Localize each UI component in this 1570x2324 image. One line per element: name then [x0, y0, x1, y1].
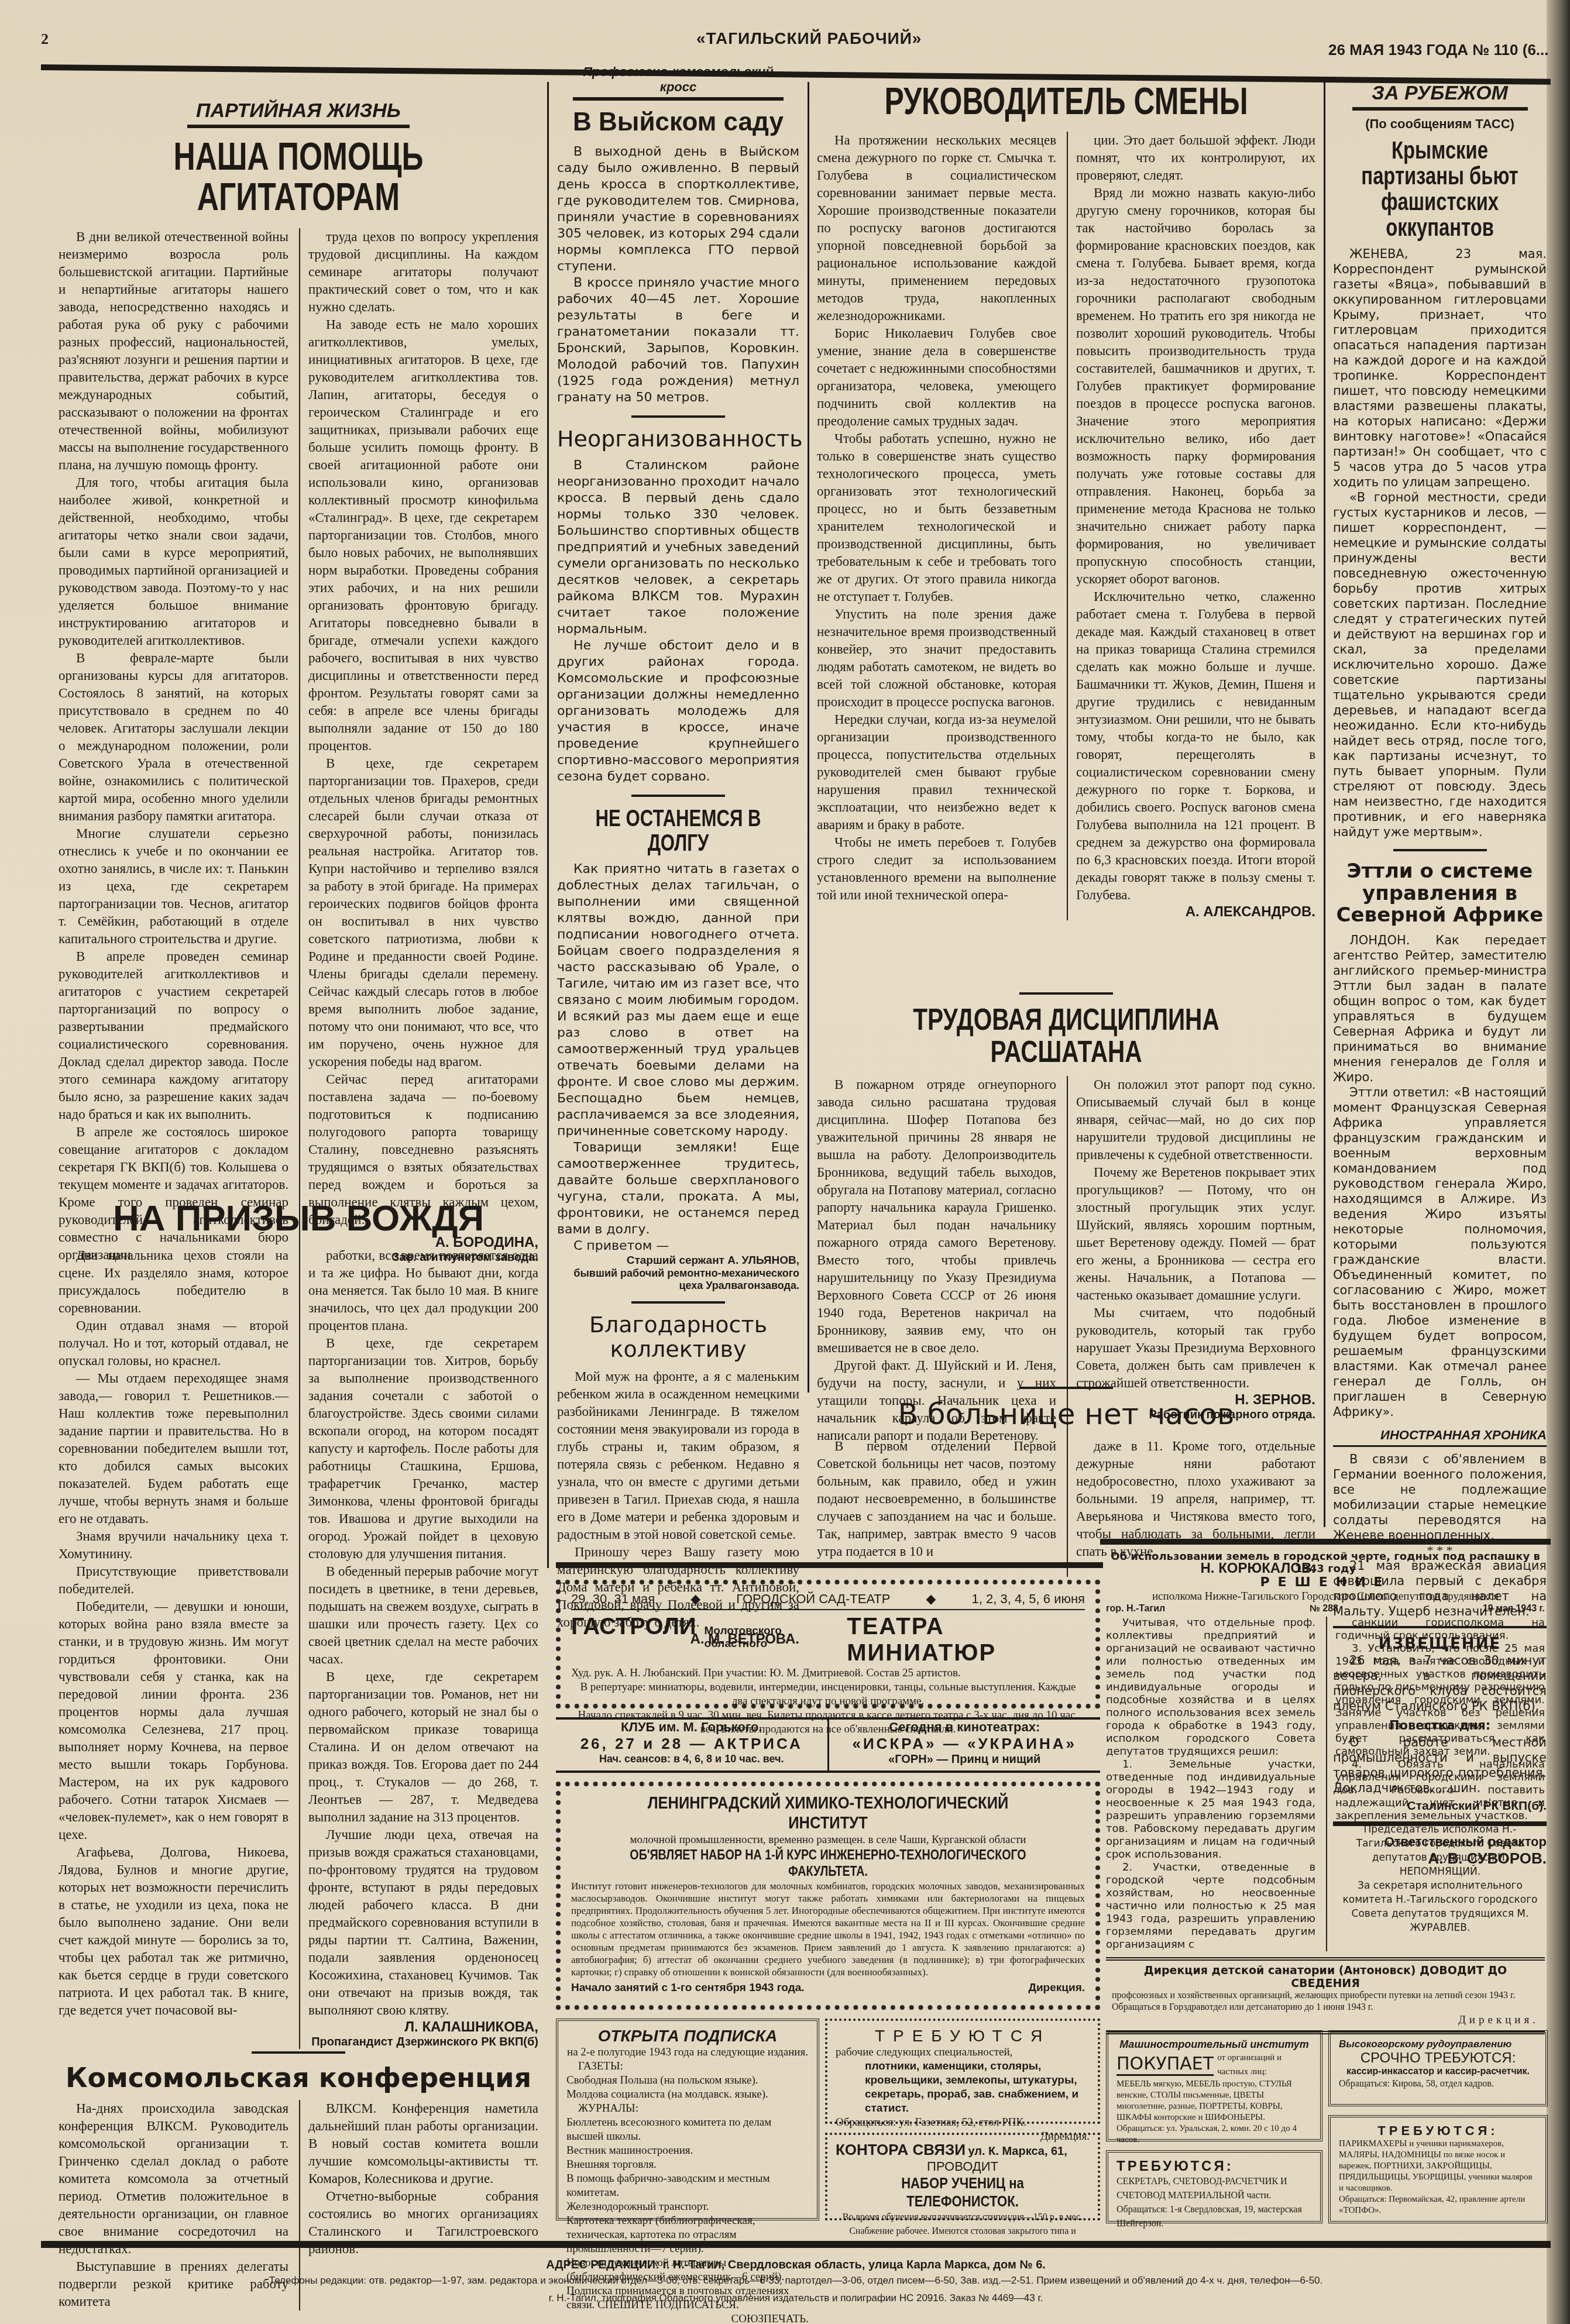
paragraph: Почему же Веретенов покрывает этих прогу…	[1076, 1164, 1315, 1304]
rubric-cross: Профсоюзно-комсомольский кросс	[573, 64, 784, 101]
ad-theatre: 29, 30, 31 мая ◆ ГОРОДСКОЙ САД-ТЕАТР ◆ 1…	[556, 1580, 1100, 1708]
ad-sessions: Нач. сеансов: в 4, 6, 8 и 10 час. веч.	[556, 1753, 827, 1765]
ad-subtitle: Молотовского областного	[704, 1625, 839, 1651]
ad-list-item: Молдова социалиста (на молдавск. языке).	[566, 2088, 809, 2102]
paragraph: Не лучше обстоит дело и в других районах…	[557, 638, 799, 785]
author-signature: Старший сержант А. УЛЬЯНОВ,	[557, 1254, 799, 1267]
ad-org: КОНТОРА СВЯЗИ	[836, 2141, 966, 2158]
decision-topic: Об использовании земель в городской черт…	[1106, 1551, 1545, 1575]
paragraph: Знамя вручили начальнику цеха т. Хомутин…	[59, 1528, 288, 1563]
ads-top-rule	[1100, 1539, 1551, 1545]
paragraph: В цехе, где секретарем парторганизации т…	[308, 1668, 538, 1826]
diamond-icon: ◆	[690, 1591, 700, 1607]
article-hospital-clocks: В больнице нет часов В первом отделении …	[817, 1387, 1315, 1577]
ad-title: ТЕАТРА МИНИАТЮР	[847, 1614, 1085, 1666]
ad-org: Машиностроительный институт	[1116, 2038, 1312, 2051]
paragraph: В выходной день в Выйском саду было ожив…	[557, 144, 799, 275]
ad-wanted-workers: ТРЕБУЮТСЯ рабочие следующих специальност…	[825, 2019, 1100, 2124]
ad-headline: СРОЧНО ТРЕБУЮТСЯ:	[1339, 2050, 1537, 2067]
article-title: Комсомольская конференция	[59, 2063, 538, 2093]
paragraph: работки, все время повторяется одна и та…	[308, 1247, 538, 1335]
paragraph: В пожарном отряде огнеупорного завода си…	[817, 1076, 1056, 1357]
ad-address: ул. К. Маркса, 61,	[968, 2145, 1067, 2158]
ad-address: Обращаться: Первомайская, 42, правление …	[1339, 2194, 1537, 2216]
ad-title: Дирекция детской санатории (Антоновск) Д…	[1112, 1964, 1539, 1990]
ad-institute-buys: Машиностроительный институт ПОКУПАЕТ от …	[1106, 2030, 1322, 2141]
ad-telephone-school: КОНТОРА СВЯЗИ ул. К. Маркса, 61, ПРОВОДИ…	[825, 2133, 1100, 2220]
article-body: В дни великой отечественной войны неизме…	[59, 228, 538, 1264]
ad-list-item: В помощь фабрично-заводским и местным ко…	[566, 2172, 809, 2200]
paragraph: Нередки случаи, когда из-за неумелой орг…	[817, 711, 1056, 834]
separator	[631, 1301, 725, 1304]
ad-address: Обращаться: ул. Газетная, 52, стол РПК.	[836, 2116, 1090, 2130]
ad-subscription: ОТКРЫТА ПОДПИСКА на 2-е полугодие 1943 г…	[556, 2019, 819, 2220]
rubric-abroad: ЗА РУБЕЖОМ	[1352, 82, 1528, 111]
ad-start-date: Начало занятий с 1-го сентября 1943 года…	[571, 1982, 805, 1995]
issue-date: 26 МАЯ 1943 ГОДА № 110 (6...	[1328, 41, 1549, 59]
article-title: Крымские партизаны бьют фашистских оккуп…	[1356, 137, 1523, 240]
paragraph: В цехе, где секретарем парторганизации т…	[308, 755, 538, 1071]
paragraph: Исключительно четко, слаженно работает с…	[1076, 588, 1315, 904]
ad-list-item: Внешняя торговля.	[566, 2158, 809, 2172]
article-title: В Выйском саду	[557, 109, 799, 136]
ad-list-item: Свободная Польша (на польском языке).	[566, 2074, 809, 2088]
ad-title: ТРЕБУЮТСЯ	[836, 2027, 1090, 2045]
section-cross-country: Профсоюзно-комсомольский кросс В Выйском…	[557, 64, 799, 1648]
ad-film: «ГОРН» — Принц и нищий	[829, 1753, 1101, 1766]
paragraph: Чтобы не иметь перебоев т. Голубев строг…	[817, 834, 1056, 904]
paragraph: Вряд ли можно назвать какую-либо другую …	[1076, 184, 1315, 588]
paragraph: Многие слушатели серьезно отнеслись к уч…	[59, 825, 288, 948]
ad-line: Худ. рук. А. Н. Любанский. При участии: …	[571, 1666, 1085, 1680]
paragraph: На заводе есть не мало хороших агитколле…	[308, 316, 538, 755]
decision-chairman: Председатель исполкома Н.-Тагильского го…	[1335, 1823, 1545, 1879]
paragraph: ВЛКСМ. Конференция наметила дальнейший п…	[308, 2100, 538, 2188]
paragraph: Мой муж на фронте, а я с маленьким ребен…	[557, 1368, 799, 1543]
ad-title: ГАСТРОЛИ	[571, 1614, 696, 1640]
article-title: Неорганизованность	[557, 427, 799, 452]
ad-mining-wanted: Высокогорскому рудоуправлению СРОЧНО ТРЕ…	[1328, 2030, 1548, 2106]
newspaper-name: «ТАГИЛЬСКИЙ РАБОЧИЙ»	[696, 29, 922, 48]
ad-cinemas: Сегодня в кинотеатрах: «ИСКРА» — «УКРАИН…	[829, 1720, 1101, 1770]
ad-title: Сегодня в кинотеатрах:	[829, 1720, 1101, 1735]
ad-title: ЛЕНИНГРАДСКИЙ ХИМИКО-ТЕХНОЛОГИЧЕСКИЙ ИНС…	[610, 1793, 1046, 1833]
separator	[1019, 992, 1113, 995]
author-signature: А. АЛЕКСАНДРОВ.	[1076, 904, 1315, 920]
ad-film: 26, 27 и 28 — АКТРИСА	[556, 1735, 827, 1753]
article-labor-discipline: ТРУДОВАЯ ДИСЦИПЛИНА РАСШАТАНА В пожарном…	[817, 983, 1315, 1445]
ad-address: Обращаться: ул. Уральская, 2, комн. 20 с…	[1116, 2123, 1312, 2146]
ad-venue: ГОРОДСКОЙ САД-ТЕАТР	[736, 1591, 890, 1607]
paragraph: труда цехов по вопросу укрепления трудов…	[308, 228, 538, 316]
ad-title: ТРЕБУЮТСЯ:	[1339, 2123, 1537, 2139]
ad-cinema-row: КЛУБ им. М. Горького. 26, 27 и 28 — АКТР…	[556, 1717, 1100, 1773]
binding-edge	[1547, 0, 1570, 2324]
ad-line: В репертуаре: миниатюры, водевили, интер…	[571, 1680, 1085, 1708]
article-title: Эттли о системе управления в Северной Аф…	[1333, 861, 1547, 926]
ad-signed: Дирекция.	[1028, 1982, 1085, 1995]
ad-subtitle: молочной промышленности, временно размещ…	[571, 1833, 1085, 1847]
paragraph: — Мы отдаем переходящее знамя завода,— г…	[59, 1370, 288, 1528]
ad-title: КЛУБ им. М. Горького.	[556, 1720, 827, 1735]
ad-from: от организаций и частных лиц:	[1217, 2051, 1312, 2079]
article-title: НАША ПОМОЩЬ АГИТАТОРАМ	[111, 136, 486, 218]
paragraph: В обеденный перерыв рабочие могут посиде…	[308, 1563, 538, 1668]
separator	[631, 415, 725, 418]
editorial-address: АДРЕС РЕДАКЦИИ: г. Н.-Тагил, Свердловска…	[41, 2258, 1551, 2272]
paragraph: Он положил этот рапорт под сукно. Описыв…	[1076, 1076, 1315, 1164]
ad-list: ПАРИКМАХЕРЫ и ученики парикмахеров, МАЛЯ…	[1339, 2139, 1537, 2194]
paragraph: Товарищи земляки! Еще самоотверженнее тр…	[557, 1140, 799, 1238]
paragraph: 2. Участки, отведенные в городской черте…	[1106, 1861, 1315, 1951]
article-title: В больнице нет часов	[817, 1398, 1315, 1431]
ad-dates: 29, 30, 31 мая	[571, 1591, 655, 1607]
author-role: бывший рабочий ремонтно-механического це…	[557, 1267, 799, 1292]
ad-list-item: Вестник машиностроения.	[566, 2144, 809, 2158]
article-shift-leader: РУКОВОДИТЕЛЬ СМЕНЫ На протяжении несколь…	[817, 82, 1315, 920]
decision-title: РЕШЕНИЕ	[1106, 1575, 1545, 1590]
ad-headline: НАБОР УЧЕНИЦ на ТЕЛЕФОНИСТОК.	[855, 2174, 1071, 2210]
ad-list: плотники, каменщики, столяры, кровельщик…	[836, 2060, 1090, 2116]
article-title: РУКОВОДИТЕЛЬ СМЕНЫ	[872, 82, 1261, 121]
paragraph: 1. Земельные участки, отведенные под инд…	[1106, 1758, 1315, 1861]
article-title: ТРУДОВАЯ ДИСЦИПЛИНА РАСШАТАНА	[872, 1004, 1261, 1068]
paragraph: Борис Николаевич Голубев свое умение, зн…	[817, 325, 1056, 430]
paragraph: В цехе, где секретарем парторганизации т…	[308, 1335, 538, 1563]
ad-verb: ПОКУПАЕТ	[1116, 2054, 1214, 2076]
editorial-phones: Телефоны редакции: отв. редактор—1-97, з…	[41, 2275, 1551, 2287]
article-title: НЕ ОСТАНЕМСЯ В ДОЛГУ	[584, 806, 773, 855]
decision-secretary: За секретаря исполнительного комитета Н.…	[1335, 1879, 1545, 1935]
ad-film: «ИСКРА» — «УКРАИНА»	[829, 1735, 1101, 1753]
paragraph: Мы считаем, что подобный руководитель, к…	[1076, 1304, 1315, 1392]
separator	[1019, 1387, 1113, 1389]
paragraph: Лучшие люди цеха, отвечая на призыв вожд…	[308, 1826, 538, 2019]
paragraph: ции. Это дает большой эффект. Люди помня…	[1076, 132, 1315, 184]
paragraph: Присутствующие приветствовали победителе…	[59, 1563, 288, 1598]
separator	[631, 795, 725, 797]
paragraph: В первом отделении Первой Советской боль…	[817, 1438, 1056, 1560]
paragraph: В Сталинском районе неорганизованно прох…	[557, 458, 799, 638]
ad-wanted-artisans: ТРЕБУЮТСЯ: ПАРИКМАХЕРЫ и ученики парикма…	[1328, 2115, 1548, 2223]
section-party-life: ПАРТИЙНАЯ ЖИЗНЬ НАША ПОМОЩЬ АГИТАТОРАМ В…	[59, 99, 538, 1264]
ad-list-item: Картотека техкарт (библиографическая, те…	[566, 2214, 809, 2256]
paragraph: Эттли ответил: «В настоящий момент Франц…	[1333, 1085, 1547, 1419]
decision-number: № 288	[1310, 1604, 1338, 1614]
paragraph: В связи с об'явлением в Германии военног…	[1333, 1452, 1547, 1543]
decision-issuer: исполкома Нижне-Тагильского Городского С…	[1106, 1590, 1545, 1604]
paragraph: С приветом —	[557, 1238, 799, 1254]
ad-title: ОТКРЫТА ПОДПИСКА	[566, 2027, 809, 2045]
ad-sanatorium: Дирекция детской санатории (Антоновск) Д…	[1106, 1957, 1545, 2034]
ad-institute: ЛЕНИНГРАДСКИЙ ХИМИКО-ТЕХНОЛОГИЧЕСКИЙ ИНС…	[556, 1782, 1100, 2010]
paragraph: В дни великой отечественной войны неизме…	[59, 228, 288, 474]
paragraph: На протяжении нескольких месяцев смена д…	[817, 132, 1056, 325]
page-number: 2	[41, 30, 49, 48]
ads-top-rule	[556, 1562, 1103, 1568]
ad-club: КЛУБ им. М. Горького. 26, 27 и 28 — АКТР…	[556, 1720, 829, 1770]
ad-address: Обращаться: 1-я Свердловская, 19, мастер…	[1116, 2203, 1312, 2231]
rubric-foreign-chronicle: ИНОСТРАННАЯ ХРОНИКА	[1333, 1428, 1547, 1447]
ad-signed: СОЮЗПЕЧАТЬ.	[566, 2312, 809, 2324]
printer-info: г. Н.-Тагил, типография Областного управ…	[41, 2292, 1551, 2304]
column-divider	[547, 82, 549, 1568]
ad-wanted-clerks: ТРЕБУЮТСЯ: СЕКРЕТАРЬ, СЧЕТОВОД-РАСЧЕТЧИК…	[1106, 2150, 1322, 2223]
ad-body: профсоюзных и хозяйственных организаций,…	[1112, 1990, 1539, 2013]
article-title: Благодарность коллективу	[557, 1313, 799, 1362]
paragraph: ЛОНДОН. Как передает агентство Рейтер, з…	[1333, 933, 1547, 1085]
paragraph: На-днях происходила заводская конференци…	[59, 2100, 288, 2258]
paragraph: санкции горисполкома на годичный срок ис…	[1335, 1617, 1545, 1642]
ad-address: Обращаться: Кирова, 58, отдел кадров.	[1339, 2077, 1537, 2091]
ad-label: ЖУРНАЛЫ:	[566, 2102, 809, 2116]
decision-place: гор. Н.-Тагил	[1106, 1604, 1165, 1614]
ad-signed: Дирекция.	[1112, 2013, 1539, 2027]
footer-rule	[41, 2241, 1551, 2248]
ad-land-decision: Об использовании земель в городской черт…	[1106, 1551, 1545, 1951]
ad-verb: ПРОВОДИТ	[836, 2159, 1090, 2174]
ad-list-item: Железнодорожный транспорт.	[566, 2200, 809, 2214]
paragraph: В апреле проведен семинар руководителей …	[59, 948, 288, 1123]
ad-list-item: Бюллетень всесоюзного комитета по делам …	[566, 2116, 809, 2144]
paragraph: Чтобы работать успешно, нужно не только …	[817, 430, 1056, 606]
ad-intro: на 2-е полугодие 1943 года на следующие …	[566, 2045, 809, 2060]
paragraph: В феврале-марте были организованы курсы …	[59, 649, 288, 825]
rubric-party-life: ПАРТИЙНАЯ ЖИЗНЬ	[187, 99, 410, 128]
author-signature: Л. КАЛАШНИКОВА,	[308, 2019, 538, 2036]
ad-org: Высокогорскому рудоуправлению	[1339, 2038, 1537, 2050]
paragraph: Упустить на поле зрения даже незначитель…	[817, 606, 1056, 711]
decision-date: 19 мая 1943 г.	[1483, 1604, 1545, 1614]
source-tass: (По сообщениям ТАСС)	[1333, 116, 1547, 132]
ad-title: ТРЕБУЮТСЯ:	[1116, 2158, 1312, 2175]
column-divider	[1324, 82, 1325, 1527]
paragraph: 3. Установить, что после 25 мая 1943 год…	[1335, 1642, 1545, 1758]
paragraph: Один отдавал знамя — второй получал. Но …	[59, 1317, 288, 1370]
paragraph: 4. Обязать начальника управления городск…	[1335, 1758, 1545, 1823]
paragraph: Учитывая, что отдельные проф. коллективы…	[1106, 1617, 1315, 1758]
diamond-icon: ◆	[926, 1591, 936, 1607]
article-title: НА ПРИЗЫВ ВОЖДЯ	[59, 1199, 538, 1237]
paragraph: Для того, чтобы агитация была наиболее ж…	[59, 474, 288, 649]
ad-intro: рабочие следующих специальностей,	[836, 2045, 1090, 2060]
paragraph: Как приятно читать в газетах о доблестны…	[557, 861, 799, 1140]
ad-list: МЕБЕЛЬ мягкую, МЕБЕЛЬ простую, СТУЛЬЯ ве…	[1116, 2079, 1312, 2123]
column-divider	[808, 82, 809, 1393]
paragraph: ЖЕНЕВА, 23 мая. Корреспондент румынской …	[1333, 246, 1547, 490]
paragraph: Агафьева, Долгова, Никоева, Лядова, Булн…	[59, 1844, 288, 2019]
separator	[252, 2051, 345, 2054]
ad-headline: ОБ'ЯВЛЯЕТ НАБОР НА 1-Й КУРС ИНЖЕНЕРНО-ТЕ…	[617, 1847, 1039, 1880]
paragraph: Победители, — девушки и юноши, которых в…	[59, 1598, 288, 1844]
ad-body: Институт готовит инженеров-технологов дл…	[571, 1880, 1085, 1978]
ad-list: кассир-инкассатор и кассир-расчетчик.	[1339, 2067, 1537, 2077]
paragraph: «В горной местности, среди густых кустар…	[1333, 490, 1547, 840]
paragraph: Два начальника цехов стояли на сцене. Их…	[59, 1247, 288, 1317]
paragraph: В кроссе приняло участие много рабочих 4…	[557, 275, 799, 406]
ad-list: СЕКРЕТАРЬ, СЧЕТОВОД-РАСЧЕТЧИК И СЧЕТОВОД…	[1116, 2175, 1312, 2203]
separator	[1393, 849, 1487, 851]
ad-label: ГАЗЕТЫ:	[566, 2060, 809, 2074]
ad-dates: 1, 2, 3, 4, 5, 6 июня	[972, 1591, 1085, 1607]
article-leader-call: НА ПРИЗЫВ ВОЖДЯ Два начальника цехов сто…	[59, 1199, 538, 2049]
